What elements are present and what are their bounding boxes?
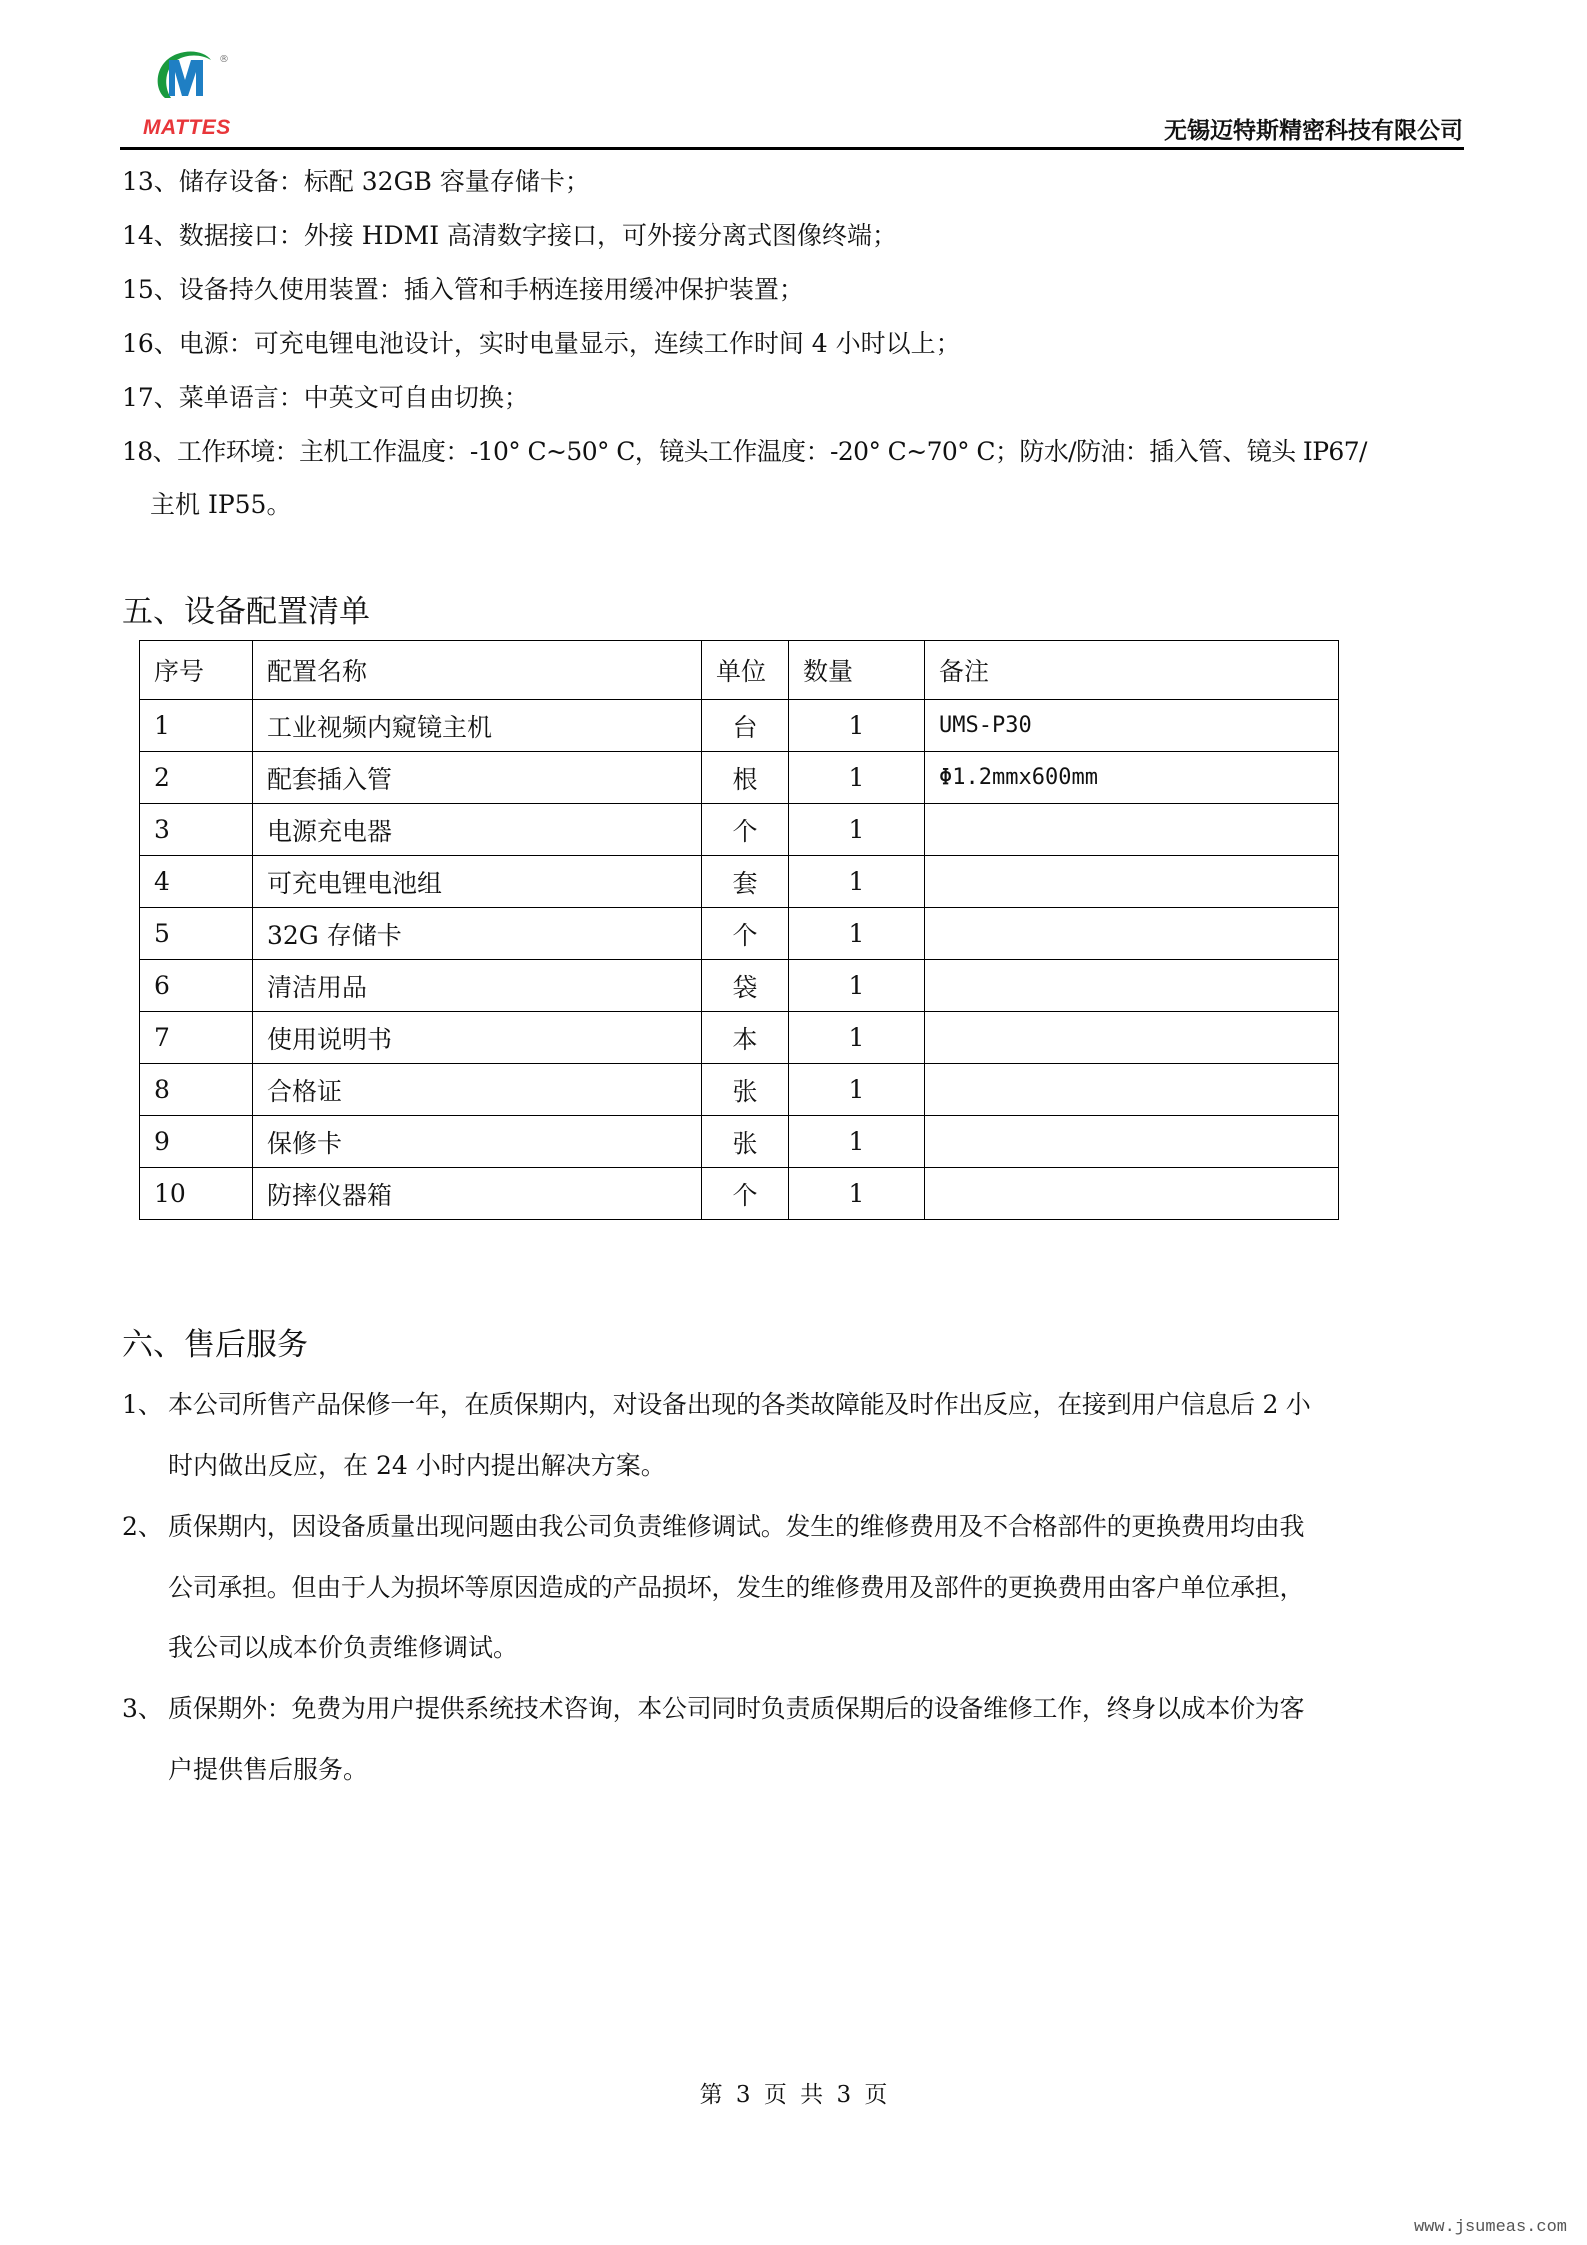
cell-qty: 1	[789, 960, 925, 1012]
cell-note	[925, 1012, 1339, 1064]
after-sales-item-text: 户提供售后服务。	[168, 1755, 368, 1785]
after-sales-item-text: 公司承担。但由于人为损坏等原因造成的产品损坏，发生的维修费用及部件的更换费用由客…	[168, 1573, 1304, 1603]
cell-unit: 根	[702, 752, 789, 804]
cell-no: 1	[140, 700, 253, 752]
cell-qty: 1	[789, 1064, 925, 1116]
cell-no: 9	[140, 1116, 253, 1168]
cell-no: 10	[140, 1168, 253, 1220]
cell-note	[925, 908, 1339, 960]
equipment-config-table: 序号 配置名称 单位 数量 备注 1 工业视频内窥镜主机 台 1 UMS-P30…	[139, 640, 1339, 1220]
cell-unit: 张	[702, 1064, 789, 1116]
table-row: 9 保修卡 张 1	[140, 1116, 1339, 1168]
after-sales-item-text: 质保期内，因设备质量出现问题由我公司负责维修调试。发生的维修费用及不合格部件的更…	[168, 1512, 1304, 1542]
cell-name: 使用说明书	[253, 1012, 702, 1064]
after-sales-item-number: 2、	[122, 1512, 163, 1542]
after-sales-item-text: 我公司以成本价负责维修调试。	[168, 1633, 518, 1663]
table-row: 6 清洁用品 袋 1	[140, 960, 1339, 1012]
table-header-row: 序号 配置名称 单位 数量 备注	[140, 641, 1339, 700]
table-row: 5 32G 存储卡 个 1	[140, 908, 1339, 960]
cell-unit: 袋	[702, 960, 789, 1012]
section-title-equipment-list: 五、设备配置清单	[122, 594, 370, 630]
cell-note	[925, 1064, 1339, 1116]
col-header-no: 序号	[140, 641, 253, 700]
cell-qty: 1	[789, 856, 925, 908]
cell-note	[925, 1168, 1339, 1220]
header-divider	[120, 147, 1464, 150]
cell-name: 电源充电器	[253, 804, 702, 856]
page-number: 第 3 页 共 3 页	[0, 2076, 1587, 2109]
cell-qty: 1	[789, 1168, 925, 1220]
cell-name: 合格证	[253, 1064, 702, 1116]
spec-item: 16、电源：可充电锂电池设计，实时电量显示，连续工作时间 4 小时以上；	[122, 329, 961, 359]
section-title-after-sales: 六、售后服务	[122, 1327, 308, 1363]
cell-name: 32G 存储卡	[253, 908, 702, 960]
table-row: 8 合格证 张 1	[140, 1064, 1339, 1116]
registered-mark: ®	[219, 54, 229, 65]
cell-note	[925, 960, 1339, 1012]
cell-note: UMS-P30	[925, 700, 1339, 752]
cell-unit: 个	[702, 804, 789, 856]
cell-no: 6	[140, 960, 253, 1012]
cell-no: 7	[140, 1012, 253, 1064]
table-row: 2 配套插入管 根 1 Φ1.2mmx600mm	[140, 752, 1339, 804]
after-sales-item-number: 3、	[122, 1694, 163, 1724]
after-sales-item-number: 1、	[122, 1390, 163, 1420]
cell-qty: 1	[789, 1012, 925, 1064]
table-row: 1 工业视频内窥镜主机 台 1 UMS-P30	[140, 700, 1339, 752]
cell-name: 保修卡	[253, 1116, 702, 1168]
spec-item: 14、数据接口：外接 HDMI 高清数字接口，可外接分离式图像终端；	[122, 221, 897, 251]
spec-item: 18、工作环境：主机工作温度：-10° C~50° C，镜头工作温度：-20° …	[122, 437, 1367, 467]
table-row: 7 使用说明书 本 1	[140, 1012, 1339, 1064]
cell-unit: 张	[702, 1116, 789, 1168]
cell-qty: 1	[789, 804, 925, 856]
cell-name: 防摔仪器箱	[253, 1168, 702, 1220]
cell-unit: 个	[702, 1168, 789, 1220]
cell-qty: 1	[789, 700, 925, 752]
cell-name: 清洁用品	[253, 960, 702, 1012]
spec-item-continuation: 主机 IP55。	[150, 490, 291, 520]
cell-note	[925, 856, 1339, 908]
cell-qty: 1	[789, 752, 925, 804]
logo-text: MATTES	[143, 116, 231, 140]
after-sales-item-text: 质保期外：免费为用户提供系统技术咨询，本公司同时负责质保期后的设备维修工作，终身…	[168, 1694, 1304, 1724]
cell-note: Φ1.2mmx600mm	[925, 752, 1339, 804]
cell-unit: 台	[702, 700, 789, 752]
col-header-qty: 数量	[789, 641, 925, 700]
col-header-note: 备注	[925, 641, 1339, 700]
cell-name: 工业视频内窥镜主机	[253, 700, 702, 752]
spec-item: 15、设备持久使用装置：插入管和手柄连接用缓冲保护装置；	[122, 275, 804, 305]
company-logo: ® MATTES	[127, 38, 245, 142]
company-name: 无锡迈特斯精密科技有限公司	[1164, 112, 1463, 145]
cell-note	[925, 1116, 1339, 1168]
website-watermark: www.jsumeas.com	[1414, 2218, 1567, 2237]
col-header-unit: 单位	[702, 641, 789, 700]
after-sales-item-text: 本公司所售产品保修一年，在质保期内，对设备出现的各类故障能及时作出反应，在接到用…	[168, 1390, 1310, 1420]
spec-item: 17、菜单语言：中英文可自由切换；	[122, 383, 529, 413]
cell-no: 8	[140, 1064, 253, 1116]
cell-no: 5	[140, 908, 253, 960]
table-row: 3 电源充电器 个 1	[140, 804, 1339, 856]
spec-item: 13、储存设备：标配 32GB 容量存储卡；	[122, 167, 590, 197]
cell-name: 配套插入管	[253, 752, 702, 804]
col-header-name: 配置名称	[253, 641, 702, 700]
cell-no: 2	[140, 752, 253, 804]
cell-no: 3	[140, 804, 253, 856]
cell-qty: 1	[789, 1116, 925, 1168]
after-sales-item-text: 时内做出反应，在 24 小时内提出解决方案。	[168, 1451, 666, 1481]
cell-unit: 个	[702, 908, 789, 960]
table-row: 10 防摔仪器箱 个 1	[140, 1168, 1339, 1220]
cell-no: 4	[140, 856, 253, 908]
cell-unit: 套	[702, 856, 789, 908]
table-row: 4 可充电锂电池组 套 1	[140, 856, 1339, 908]
cell-qty: 1	[789, 908, 925, 960]
cell-name: 可充电锂电池组	[253, 856, 702, 908]
cell-note	[925, 804, 1339, 856]
mattes-m-logo-icon	[151, 48, 215, 104]
cell-unit: 本	[702, 1012, 789, 1064]
